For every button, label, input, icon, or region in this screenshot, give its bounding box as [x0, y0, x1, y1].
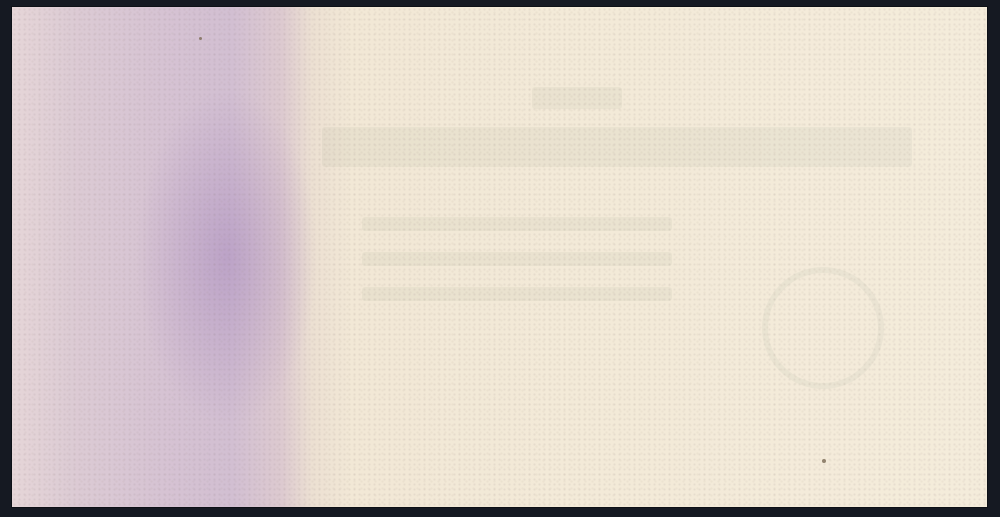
show-through-line — [362, 287, 672, 301]
scan-background — [0, 0, 1000, 517]
show-through-line — [362, 217, 672, 231]
paper-speck — [199, 37, 202, 40]
paper-speck — [822, 459, 826, 463]
show-through-emblem — [762, 267, 884, 389]
show-through-heading — [322, 127, 912, 167]
banknote-reverse — [12, 7, 987, 507]
paper-texture — [12, 7, 987, 507]
show-through-print — [302, 77, 922, 437]
show-through-serial — [532, 87, 622, 109]
show-through-line — [362, 252, 672, 266]
